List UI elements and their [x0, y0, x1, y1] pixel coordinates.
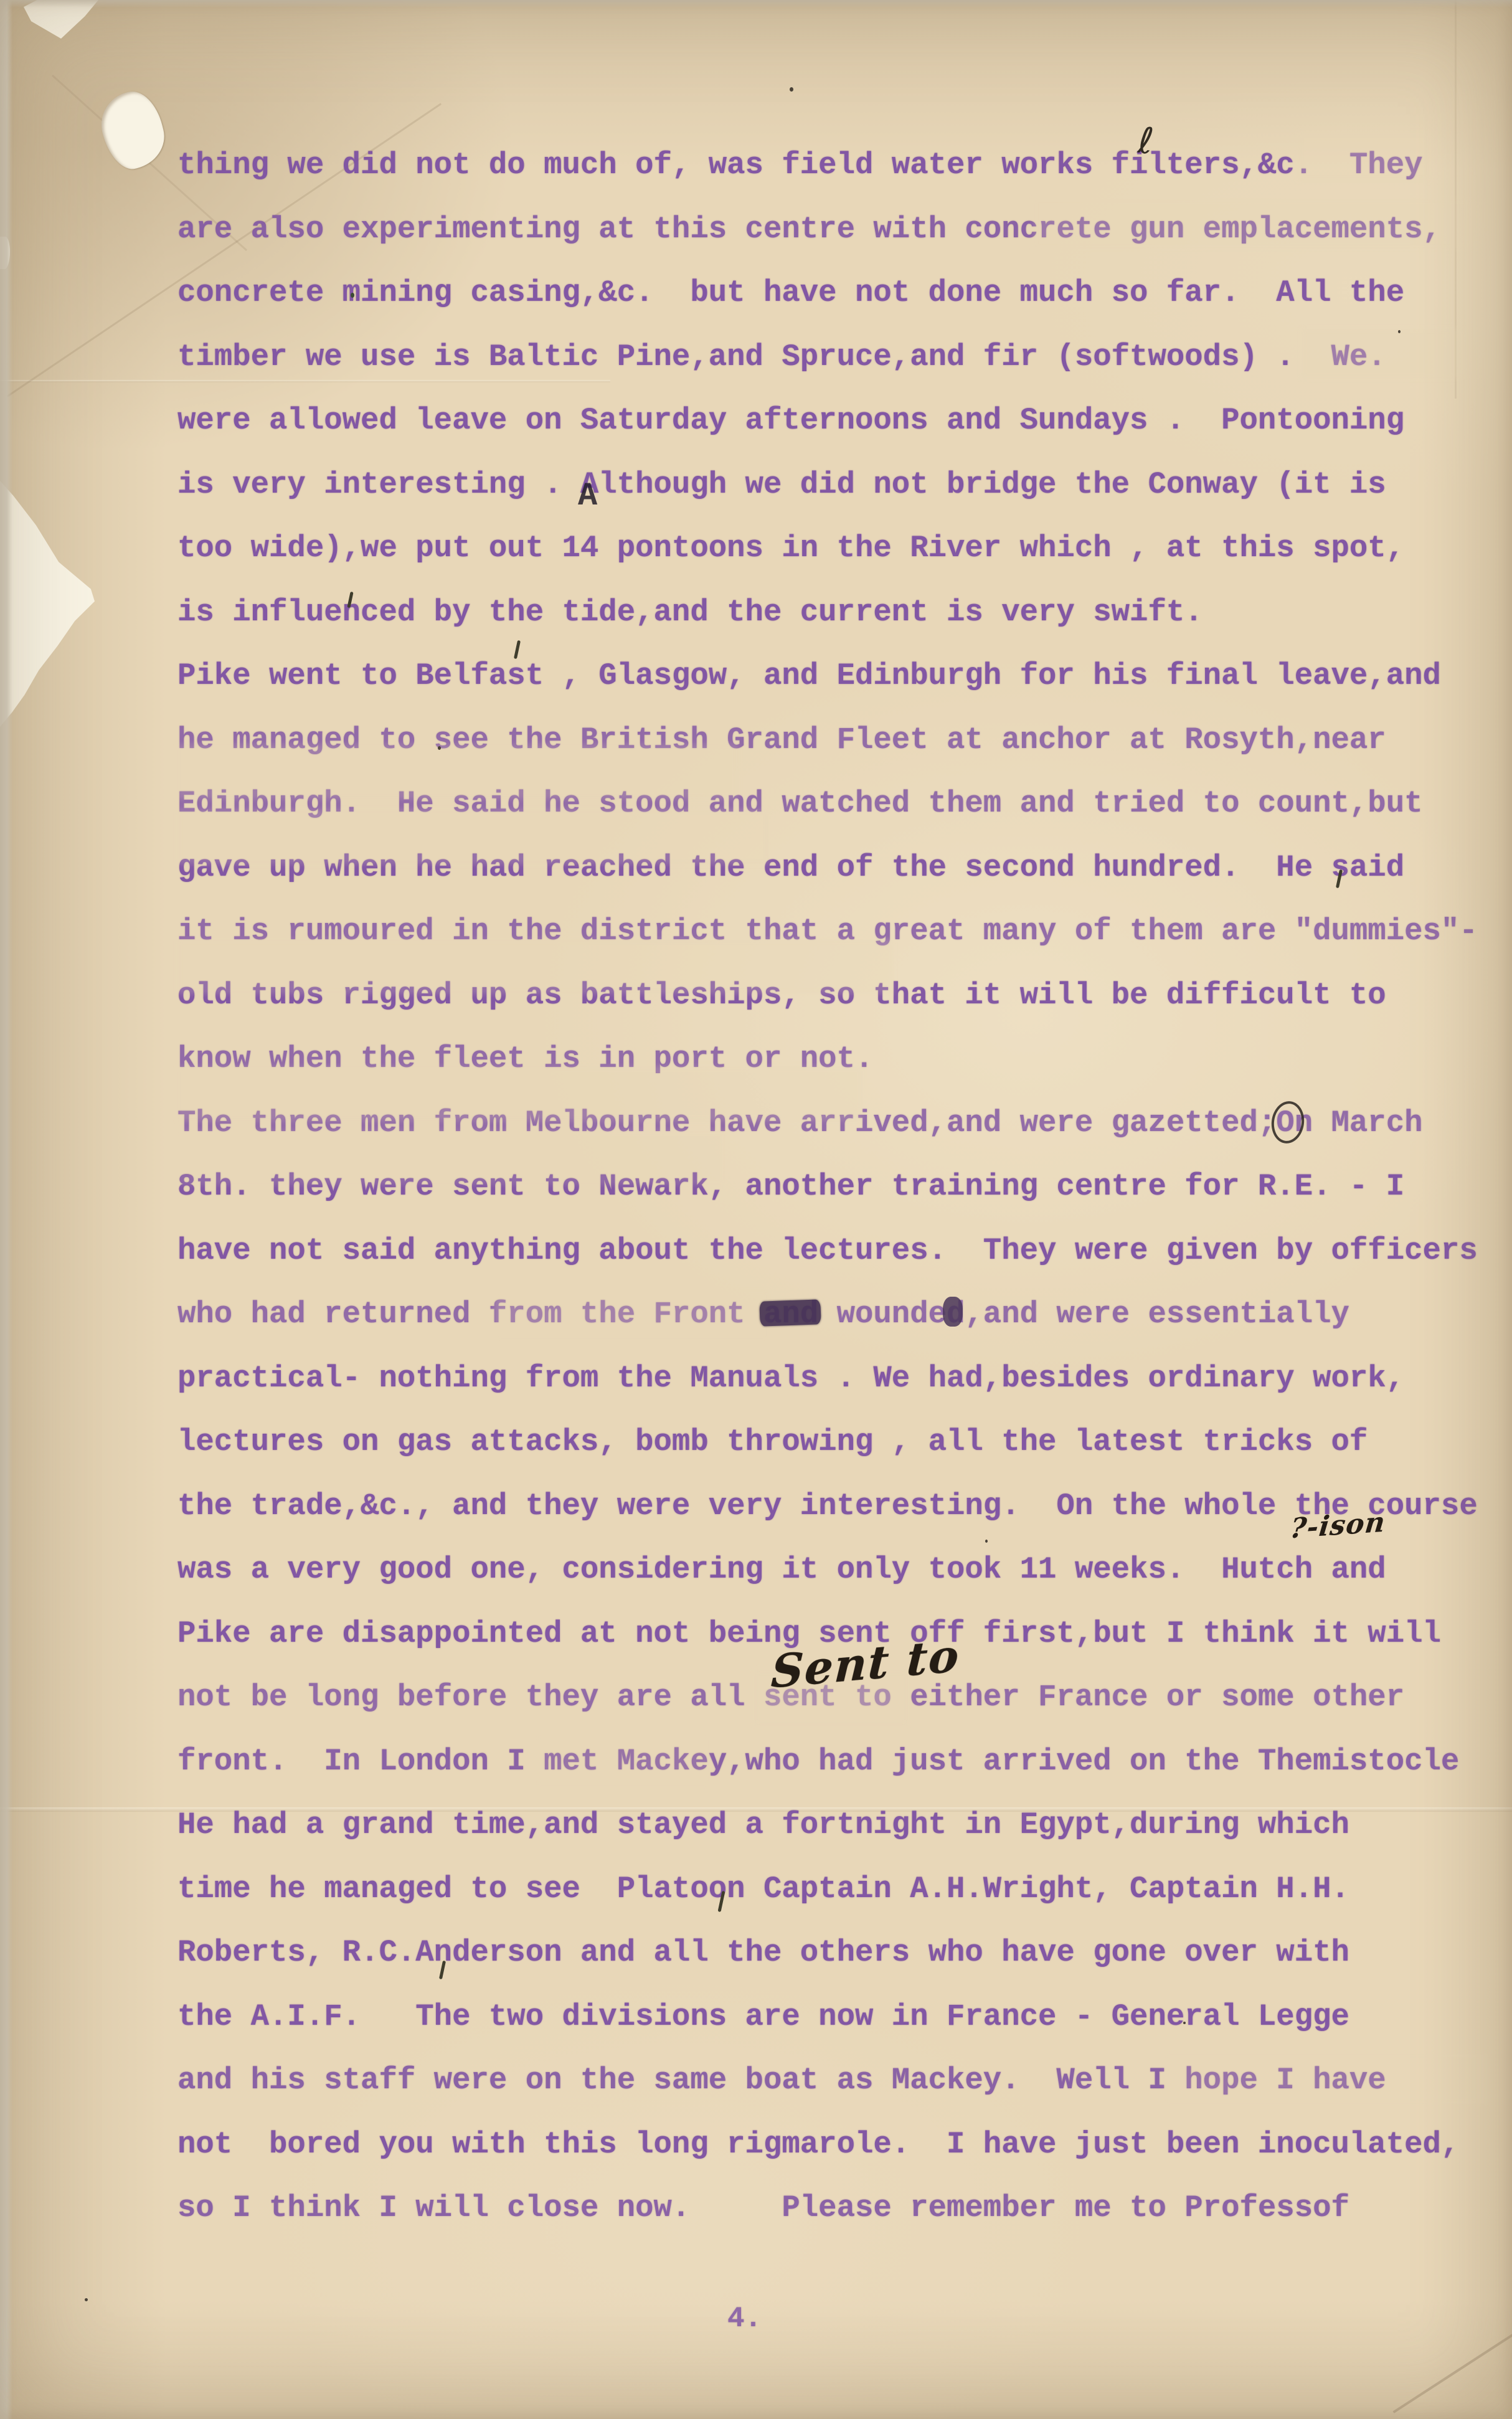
- scan-edge-top: [0, 0, 1512, 7]
- letter-line: gave up when he had reached the end of t…: [177, 836, 1478, 900]
- paper-hole: [95, 86, 171, 174]
- corner-crease: [1392, 2316, 1512, 2413]
- ink-speck: [790, 87, 793, 92]
- paper-sheet: thing we did not do much of, was field w…: [0, 0, 1512, 2419]
- letter-line: front. In London I met Mackey,who had ju…: [177, 1730, 1478, 1794]
- letter-line: was a very good one, considering it only…: [177, 1538, 1478, 1602]
- letter-line: lectures on gas attacks, bomb throwing ,…: [177, 1410, 1478, 1474]
- letter-line: is very interesting . Although we did no…: [177, 453, 1478, 517]
- letter-line: concrete mining casing,&c. but have not …: [177, 261, 1478, 325]
- ink-overstrike-mark-icon: [943, 1297, 963, 1327]
- ink-speck: [1398, 330, 1401, 333]
- letter-line: know when the fleet is in port or not.: [177, 1027, 1478, 1091]
- letter-line: not be long before they are all sent to …: [177, 1665, 1478, 1730]
- ink-strikeout-blob-icon: [759, 1299, 821, 1326]
- letter-line: is influenced by the tide,and the curren…: [177, 580, 1478, 645]
- letter-line: have not said anything about the lecture…: [177, 1219, 1478, 1283]
- letter-line: Roberts, R.C.Anderson and all the others…: [177, 1921, 1478, 1985]
- letter-line: it is rumoured in the district that a gr…: [177, 899, 1478, 963]
- page-number: 4.: [727, 2297, 762, 2341]
- letter-line: too wide),we put out 14 pontoons in the …: [177, 516, 1478, 580]
- ink-speck: [985, 1540, 988, 1543]
- letter-line: the A.I.F. The two divisions are now in …: [177, 1985, 1478, 2049]
- letter-line: so I think I will close now. Please reme…: [177, 2176, 1478, 2240]
- letter-line: who had returned from the Front and woun…: [177, 1282, 1478, 1347]
- letter-line: the trade,&c., and they were very intere…: [177, 1474, 1478, 1538]
- ink-speck: [351, 293, 354, 298]
- letter-line: 8th. they were sent to Newark, another t…: [177, 1155, 1478, 1219]
- letter-line: old tubs rigged up as battleships, so th…: [177, 963, 1478, 1028]
- letter-body: thing we did not do much of, was field w…: [177, 133, 1478, 2240]
- letter-line: Edinburgh. He said he stood and watched …: [177, 772, 1478, 836]
- letter-line: Pike went to Belfast , Glasgow, and Edin…: [177, 644, 1478, 708]
- scanned-letter-page: thing we did not do much of, was field w…: [0, 0, 1512, 2419]
- letter-line: not bored you with this long rigmarole. …: [177, 2113, 1478, 2177]
- ink-speck: [438, 746, 441, 750]
- letter-line: are also experimenting at this centre wi…: [177, 197, 1478, 262]
- pen-overwritten-A-icon: A: [578, 465, 597, 528]
- letter-line: practical- nothing from the Manuals . We…: [177, 1347, 1478, 1411]
- letter-line: Pike are disappointed at not being sent …: [177, 1602, 1478, 1666]
- letter-line: timber we use is Baltic Pine,and Spruce,…: [177, 325, 1478, 389]
- ink-speck: [1183, 2022, 1186, 2024]
- letter-line: were allowed leave on Saturday afternoon…: [177, 389, 1478, 453]
- letter-line: He had a grand time,and stayed a fortnig…: [177, 1793, 1478, 1857]
- ink-speck: [85, 2298, 88, 2301]
- scan-edge-left: [0, 0, 12, 2419]
- letter-line: time he managed to see Platoon Captain A…: [177, 1857, 1478, 1921]
- letter-line: and his staff were on the same boat as M…: [177, 2048, 1478, 2113]
- torn-left-edge: [0, 481, 95, 727]
- letter-line: he managed to see the British Grand Flee…: [177, 708, 1478, 772]
- letter-line: thing we did not do much of, was field w…: [177, 133, 1478, 197]
